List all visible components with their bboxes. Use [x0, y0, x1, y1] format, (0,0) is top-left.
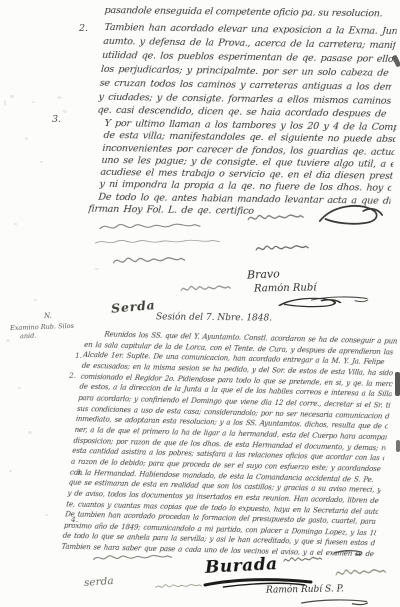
paper-speck: [40, 161, 43, 163]
illegible-signature: [180, 281, 232, 297]
item-number: 2.: [69, 371, 76, 380]
paper-speck: [57, 96, 62, 99]
margin-note-mark: N.: [44, 312, 52, 320]
manuscript-page: pasandole enseguida el competente oficio…: [0, 0, 400, 607]
illegible-signature: [283, 553, 323, 567]
paper-speck: [14, 223, 17, 225]
illegible-signature: [112, 252, 187, 270]
illegible-signature: [335, 564, 387, 582]
paper-speck: [32, 101, 35, 103]
signature-ramon-rubi: Ramón Rubí: [254, 282, 317, 294]
paper-speck: [18, 387, 21, 389]
paper-speck: [4, 100, 6, 106]
rubric-serda-small: serda: [84, 575, 114, 589]
illegible-signature: [98, 219, 203, 235]
session-heading: Sesión del 7. Nbre. 1848.: [156, 312, 272, 323]
signature-ramon-rubi: Ramón Rubí S. P.: [266, 584, 344, 595]
illegible-signature: [255, 241, 310, 256]
paper-speck: [34, 299, 37, 301]
rubric-flourish: [316, 203, 384, 229]
margin-note-line: anid.: [20, 332, 37, 341]
session-body: Reunidos los SS. que del Y. Ayuntamto. C…: [61, 329, 398, 560]
paper-speck: [95, 268, 99, 270]
paragraph-item-2: Tambien han acordado elevar una exposici…: [97, 21, 397, 122]
illegible-signature: [247, 210, 305, 226]
paper-speck: [45, 514, 48, 516]
scan-edge-mark: [395, 372, 400, 396]
illegible-signature: [92, 551, 174, 565]
paper-speck: [6, 339, 10, 342]
paper-speck: [63, 110, 67, 113]
rubric-serda: Serda: [110, 297, 156, 316]
rubric-flourish: [276, 297, 342, 309]
scan-edge-mark: [396, 440, 400, 452]
signature-burada: Burada: [205, 554, 279, 578]
paper-speck: [25, 137, 28, 140]
item-number-3: 3.: [52, 114, 61, 125]
paper-speck: [28, 431, 32, 434]
paper-speck: [9, 470, 12, 472]
signature-underline-flourish: [300, 597, 370, 606]
signature-bravo: Bravo: [247, 267, 280, 281]
paper-speck: [10, 95, 14, 98]
illegible-signature: [155, 581, 203, 592]
item-number: 1.: [75, 351, 82, 360]
line-end-flourish: [333, 548, 363, 556]
item-number-2: 2.: [79, 23, 88, 34]
illegible-signature: [93, 237, 223, 247]
continuation-line: pasandole enseguida el competente oficio…: [104, 5, 397, 20]
margin-note-line: Examino Rub. Silos: [10, 322, 74, 332]
